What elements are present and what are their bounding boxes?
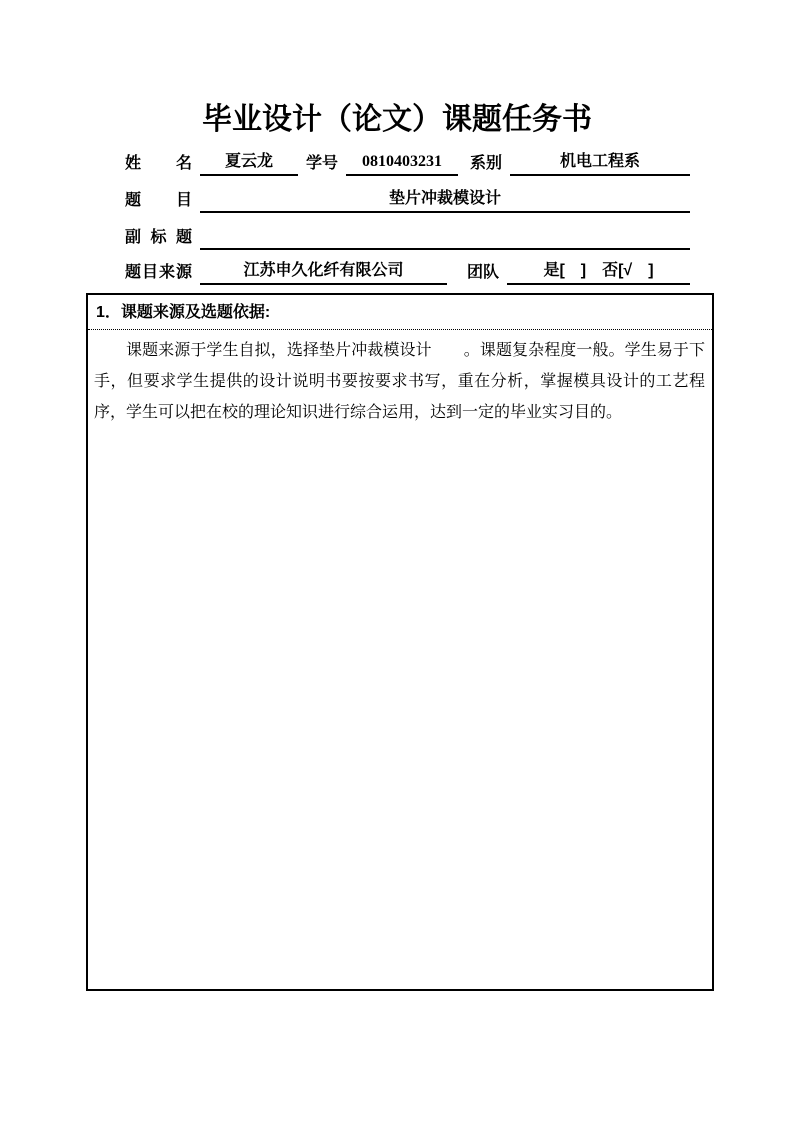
- topic-label: 题目: [125, 189, 192, 213]
- team-checkbox-field: 是[ ] 否[√ ]: [507, 259, 690, 285]
- subtitle-label: 副标题: [125, 226, 192, 250]
- team-label: 团队: [465, 261, 501, 285]
- name-label: 姓名: [125, 152, 192, 176]
- form-row-source: 题目来源 江苏申久化纤有限公司 团队 是[ ] 否[√ ]: [125, 259, 690, 285]
- section1-body: 课题来源于学生自拟，选择垫片冲裁模设计 。课题复杂程度一般。学生易于下手，但要求…: [88, 330, 712, 428]
- form-row-subtitle: 副标题: [125, 224, 690, 250]
- source-field: 江苏申久化纤有限公司: [200, 259, 447, 285]
- student-id-label: 学号: [304, 152, 340, 176]
- form-row-name: 姓名 夏云龙 学号 0810403231 系别 机电工程系: [125, 150, 690, 176]
- topic-field: 垫片冲裁模设计: [200, 187, 690, 213]
- department-field: 机电工程系: [510, 150, 690, 176]
- subtitle-field: [200, 224, 690, 250]
- document-title: 毕业设计（论文）课题任务书: [0, 102, 794, 138]
- section1-box: 1．课题来源及选题依据: 课题来源于学生自拟，选择垫片冲裁模设计 。课题复杂程度…: [86, 293, 714, 991]
- name-field: 夏云龙: [200, 150, 298, 176]
- section1-heading: 1．课题来源及选题依据:: [88, 295, 712, 330]
- form-row-topic: 题目 垫片冲裁模设计: [125, 187, 690, 213]
- source-label: 题目来源: [125, 261, 192, 285]
- student-id-field: 0810403231: [346, 150, 458, 176]
- document-page: 毕业设计（论文）课题任务书 姓名 夏云龙 学号 0810403231 系别 机电…: [0, 0, 794, 1123]
- department-label: 系别: [468, 152, 504, 176]
